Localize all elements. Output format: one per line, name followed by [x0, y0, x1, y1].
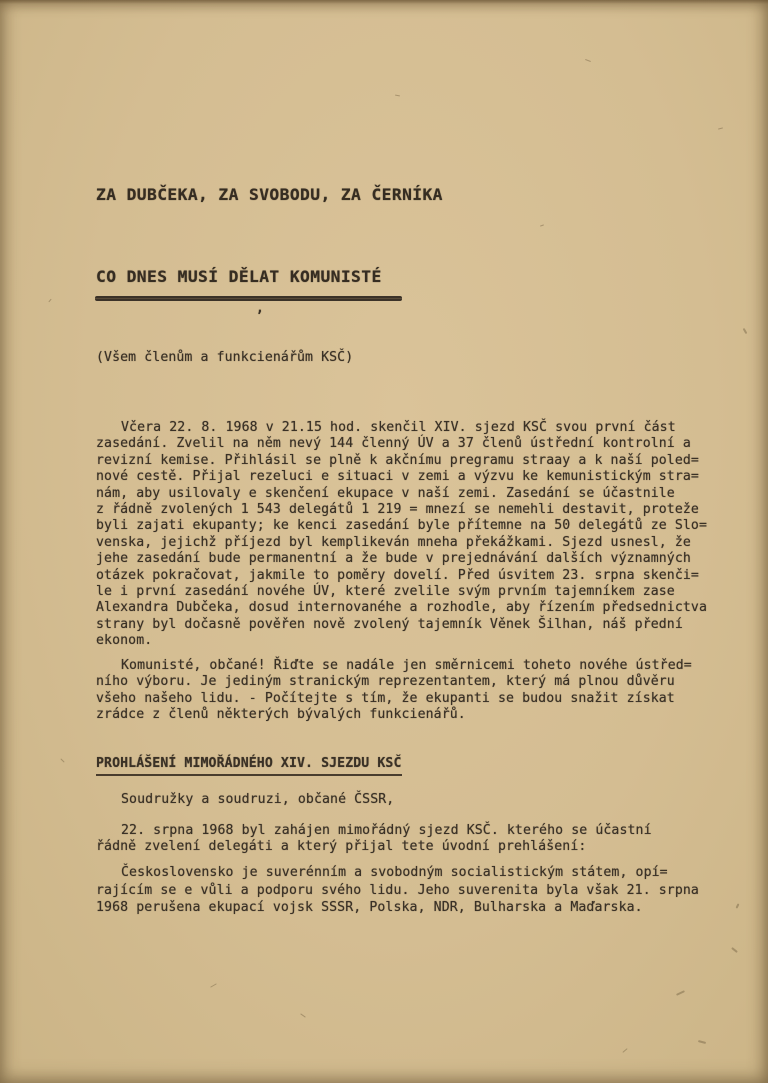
section-heading: PROHLÁŠENÍ MIMOŘÁDNÉHO XIV. SJEZDU KSČ — [96, 756, 402, 776]
paper-speck — [48, 299, 51, 303]
body-paragraph-2: Komunisté, občané! Řiďte se nadále jen s… — [96, 658, 692, 724]
document-slogan: ZA DUBČEKA, ZA SVOBODU, ZA ČERNÍKA — [96, 187, 443, 203]
paper-speck — [718, 127, 723, 129]
paper-speck — [210, 983, 217, 987]
paper-speck — [585, 59, 591, 62]
paper-speck — [731, 947, 738, 953]
document-subtitle: (Všem členům a funkcienářům KSČ) — [96, 350, 353, 366]
paper-speck — [676, 990, 685, 996]
paper-speck — [60, 758, 64, 762]
paper-speck — [622, 1048, 627, 1053]
scanned-document-page: ZA DUBČEKA, ZA SVOBODU, ZA ČERNÍKA CO DN… — [0, 0, 768, 1083]
body-paragraph-4: Československo je suverénním a svobodným… — [96, 864, 699, 917]
title-underline-rule — [95, 296, 402, 301]
paper-speck — [736, 903, 740, 908]
salutation-line: Soudružky a soudruzi, občané ČSSR, — [96, 792, 394, 808]
stray-ink-mark: , — [256, 301, 264, 317]
paper-speck — [540, 224, 544, 226]
paper-speck — [300, 1013, 305, 1017]
document-title: CO DNES MUSÍ DĚLAT KOMUNISTÉ — [96, 269, 382, 285]
body-paragraph-3: 22. srpna 1968 byl zahájen mimořádný sje… — [96, 823, 652, 856]
paper-speck — [698, 1040, 706, 1044]
paper-speck — [395, 95, 400, 97]
paper-speck — [743, 328, 748, 334]
body-paragraph-1: Včera 22. 8. 1968 v 21.15 hod. skenčil X… — [96, 420, 707, 650]
